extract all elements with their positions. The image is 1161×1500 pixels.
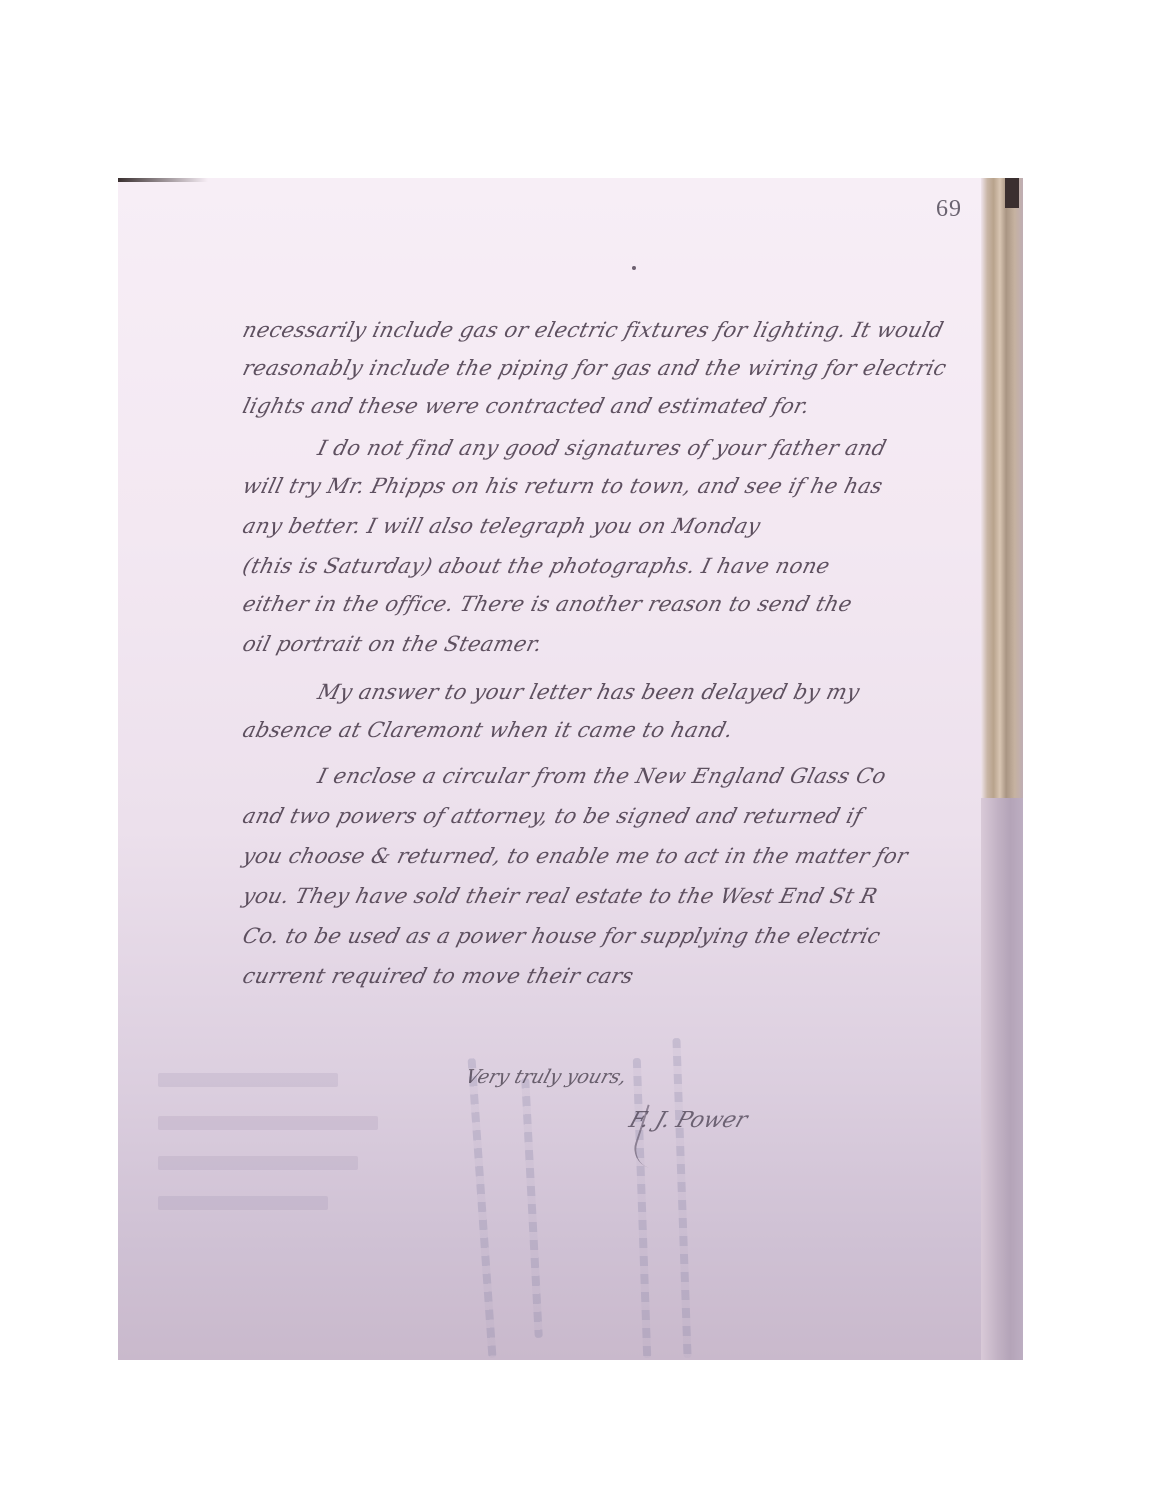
letter-line: (this is Saturday) about the photographs…: [240, 554, 832, 579]
letter-line: I do not find any good signatures of you…: [315, 436, 889, 461]
letter-line: My answer to your letter has been delaye…: [315, 680, 862, 705]
letter-signature: F. J. Power: [626, 1108, 751, 1133]
letter-line: will try Mr. Phipps on his return to tow…: [240, 474, 885, 499]
scanned-letter-page: 69 necessarily include gas or electric f…: [118, 178, 1023, 1360]
letter-line: any better. I will also telegraph you on…: [240, 514, 763, 539]
bleed-through-vertical-writing: [672, 1038, 691, 1358]
letter-line: and two powers of attorney, to be signed…: [240, 804, 865, 829]
bleed-through-mark: [158, 1196, 328, 1210]
page-number: 69: [936, 196, 962, 223]
letter-closing: Very truly yours,: [463, 1066, 629, 1088]
letter-line: you choose & returned, to enable me to a…: [240, 844, 911, 869]
letter-line: reasonably include the piping for gas an…: [240, 356, 949, 381]
letter-line: I enclose a circular from the New Englan…: [315, 764, 889, 789]
bleed-through-mark: [158, 1156, 358, 1170]
bleed-through-vertical-writing: [468, 1058, 497, 1358]
letter-line: either in the office. There is another r…: [240, 592, 855, 617]
letter-line: oil portrait on the Steamer.: [240, 632, 545, 657]
letter-line: current required to move their cars: [240, 964, 636, 989]
bleed-through-vertical-writing: [633, 1058, 651, 1358]
letter-line: necessarily include gas or electric fixt…: [240, 318, 946, 343]
letter-line: you. They have sold their real estate to…: [240, 884, 880, 909]
letter-line: absence at Claremont when it came to han…: [240, 718, 736, 743]
bleed-through-mark: [158, 1073, 338, 1087]
book-binding-edge-lower: [981, 798, 1023, 1360]
bleed-through-mark: [158, 1116, 378, 1130]
letter-line: Co. to be used as a power house for supp…: [240, 924, 883, 949]
letter-line: lights and these were contracted and est…: [240, 394, 812, 419]
ink-dot: [632, 266, 636, 270]
page-top-edge-shadow: [118, 178, 208, 182]
bleed-through-vertical-writing: [521, 1078, 543, 1338]
